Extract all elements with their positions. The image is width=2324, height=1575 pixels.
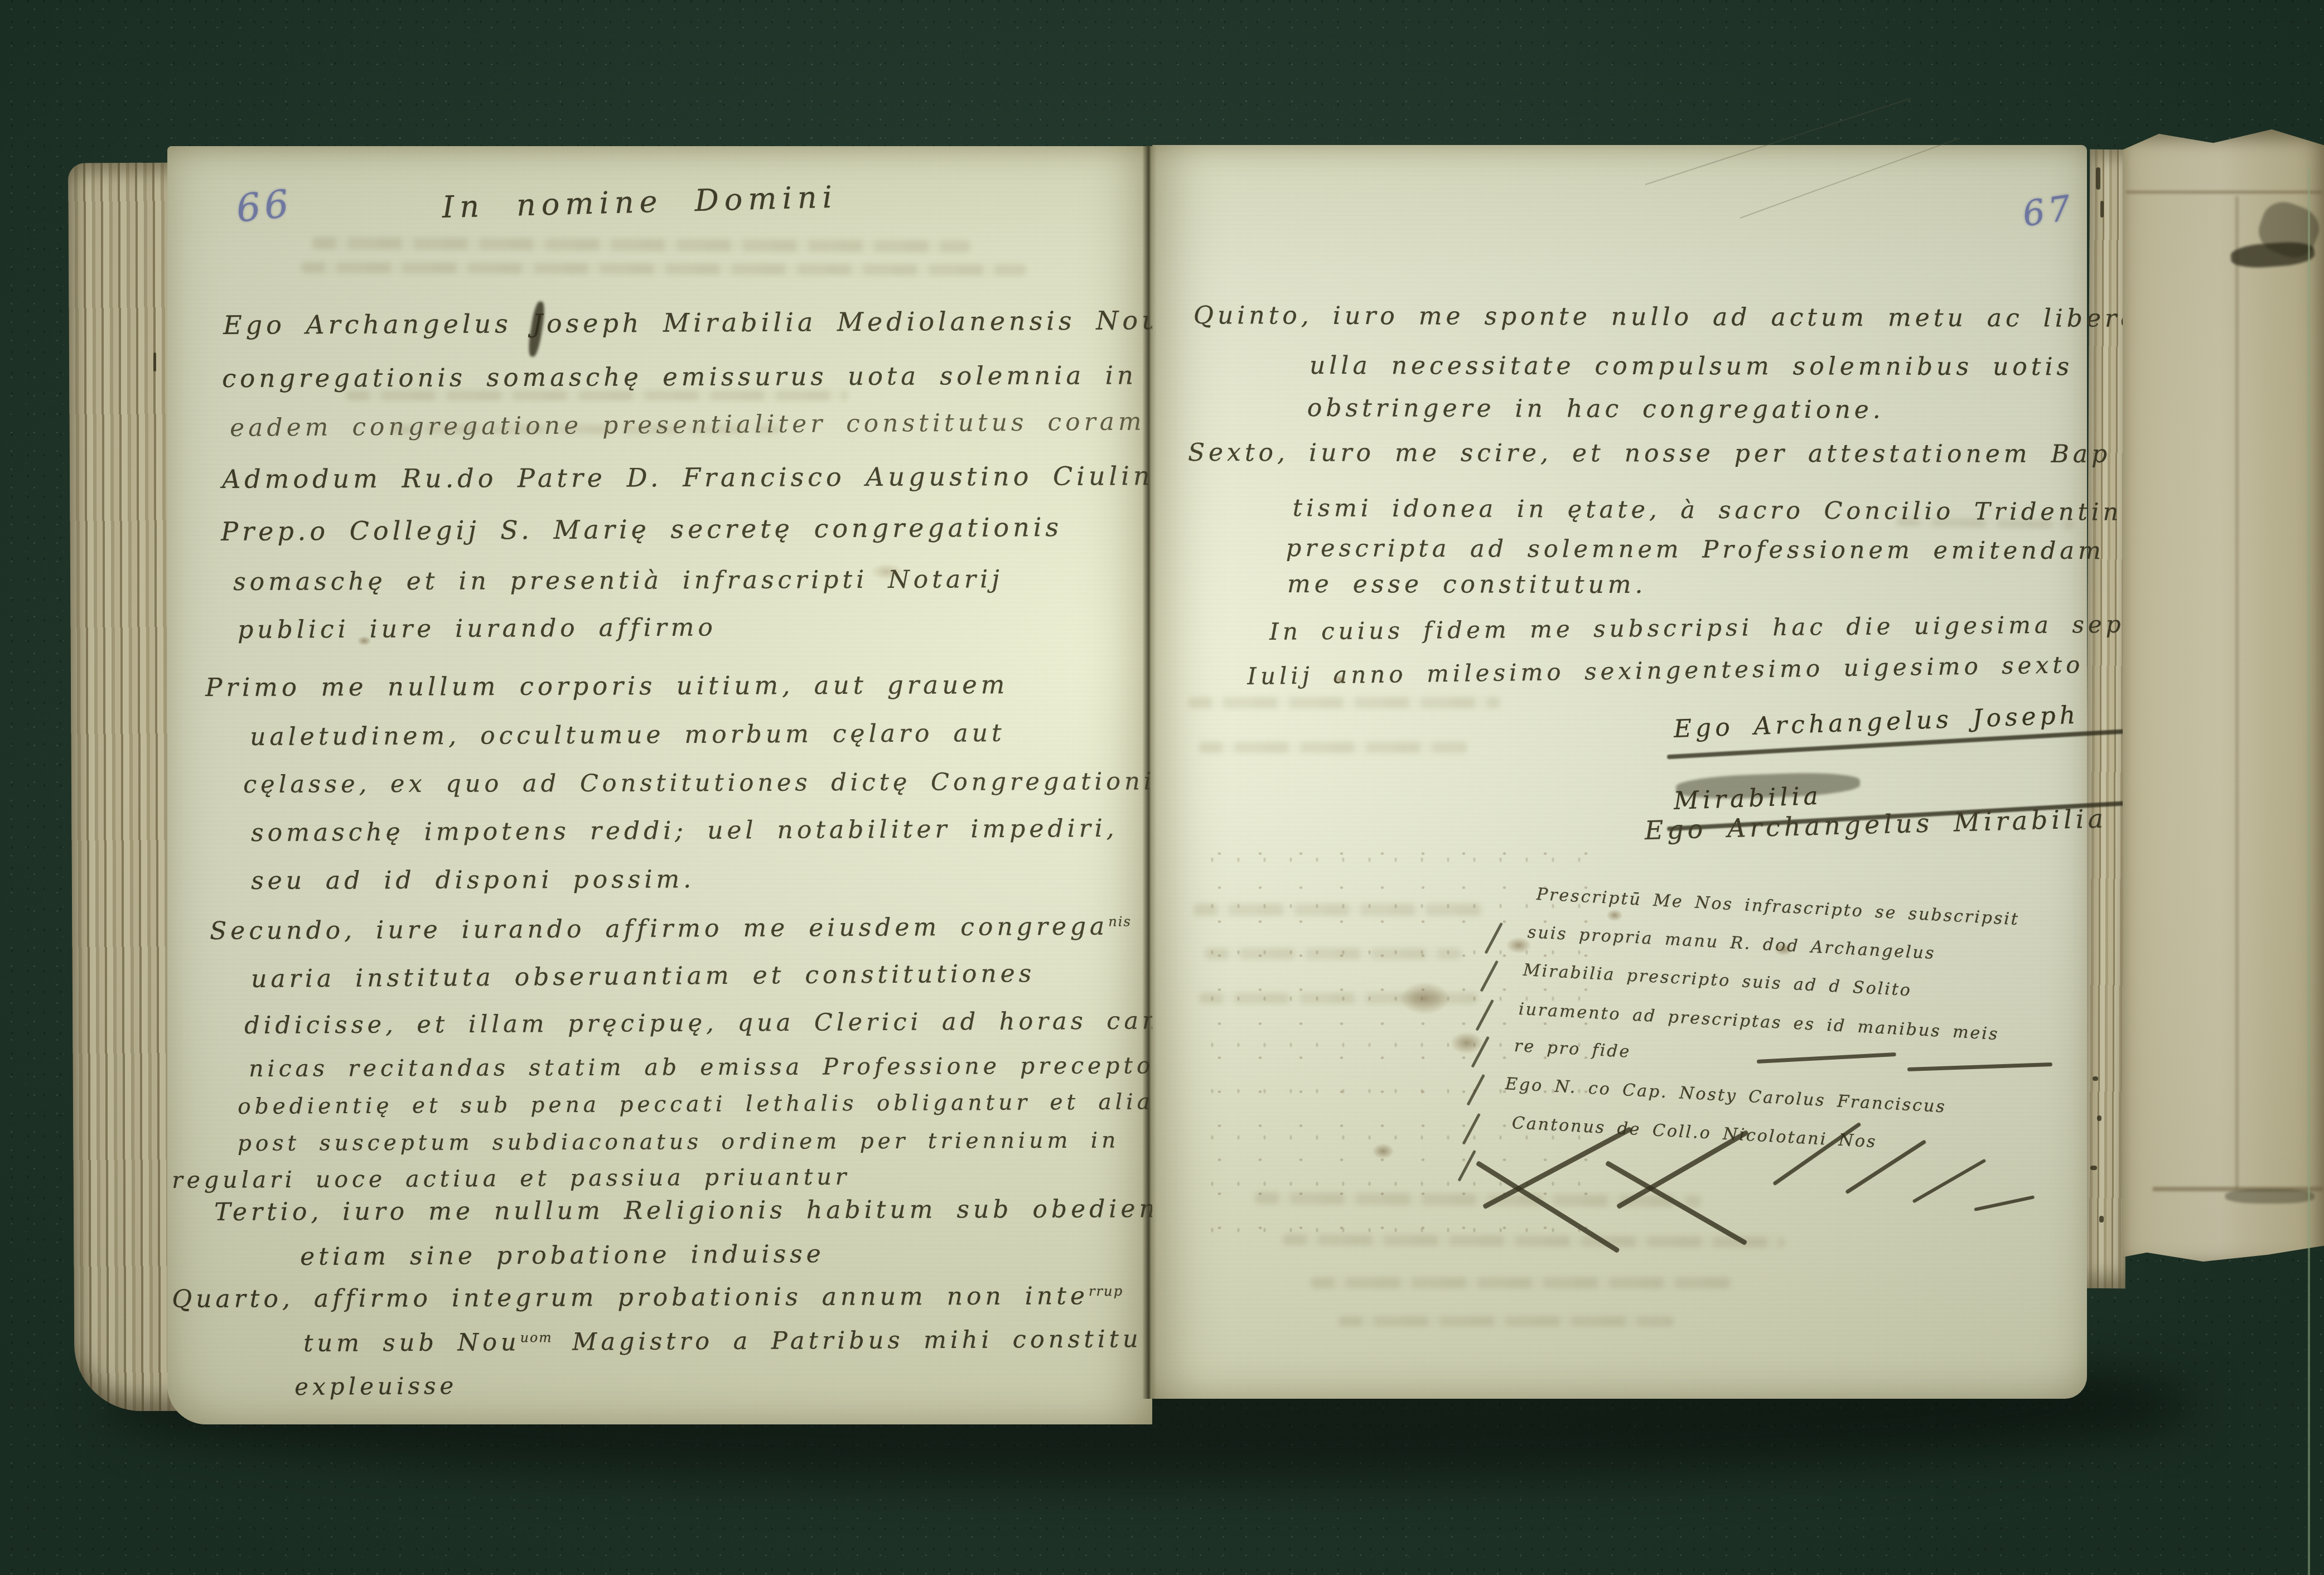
- lighting-vignette: [0, 0, 2324, 1575]
- manuscript-scan: 66 In nomine Domini Ego Archangelus Jose…: [0, 0, 2324, 1575]
